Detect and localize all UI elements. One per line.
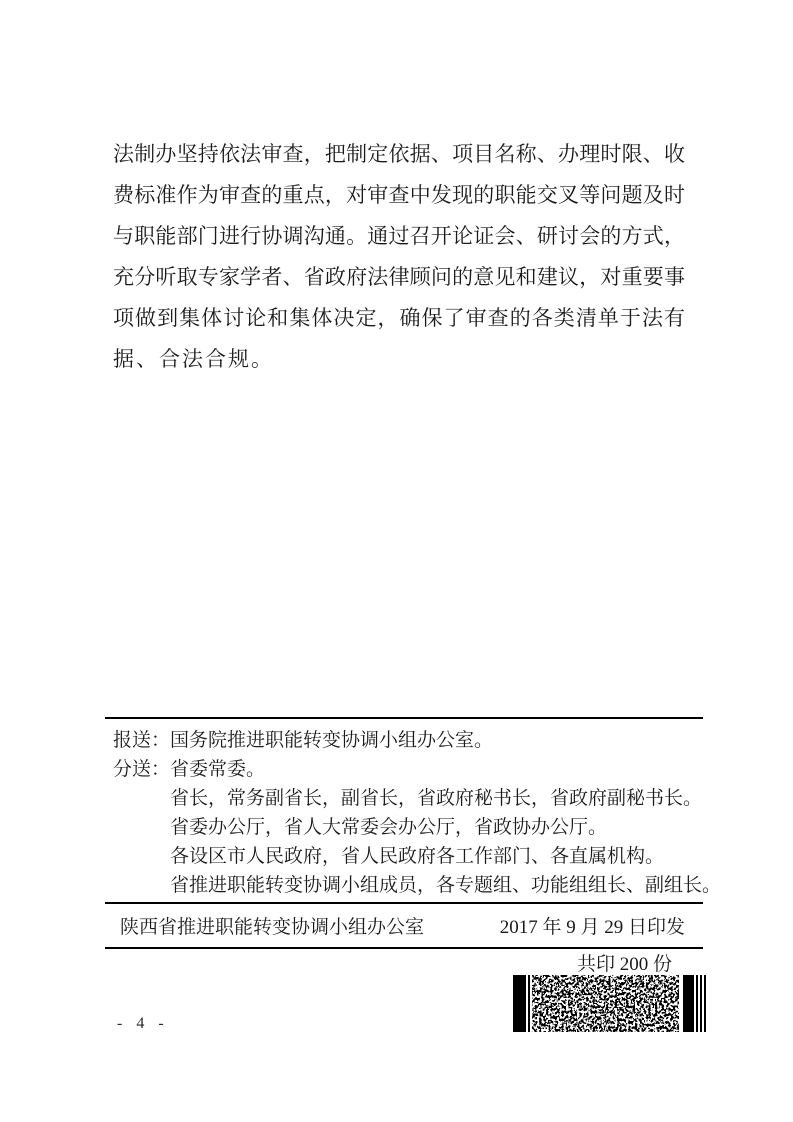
distribution-block: 报送：国务院推进职能转变协调小组办公室。 分送：省委常委。 省长，常务副省长，副… bbox=[113, 726, 698, 900]
issuing-office: 陕西省推进职能转变协调小组办公室 bbox=[120, 913, 424, 943]
dispatch-to-label: 分送： bbox=[113, 759, 170, 780]
body-line: 据、合法合规。 bbox=[113, 339, 685, 380]
barcode-icon bbox=[513, 975, 708, 1032]
dispatch-continuation-row: 省委办公厅，省人大常委会办公厅，省政协办公厅。 bbox=[113, 813, 698, 842]
report-to-label: 报送： bbox=[113, 730, 170, 751]
copies-printed: 共印 200 份 bbox=[577, 953, 672, 977]
separator-rule-bottom bbox=[105, 947, 703, 949]
dispatch-to-value: 省委常委。 bbox=[170, 759, 265, 780]
report-to-value: 国务院推进职能转变协调小组办公室。 bbox=[170, 730, 493, 751]
dispatch-continuation-row: 省推进职能转变协调小组成员，各专题组、功能组组长、副组长。 bbox=[113, 871, 698, 900]
body-line: 项做到集体讨论和集体决定，确保了审查的各类清单于法有 bbox=[113, 298, 685, 339]
report-to-row: 报送：国务院推进职能转变协调小组办公室。 bbox=[113, 726, 698, 755]
document-page: 法制办坚持依法审查，把制定依据、项目名称、办理时限、收 费标准作为审查的重点，对… bbox=[0, 0, 793, 1122]
separator-rule-top bbox=[105, 717, 703, 719]
body-line: 费标准作为审查的重点，对审查中发现的职能交叉等问题及时 bbox=[113, 175, 685, 216]
separator-rule-middle bbox=[105, 902, 703, 904]
dispatch-continuation-row: 省长，常务副省长，副省长，省政府秘书长，省政府副秘书长。 bbox=[113, 784, 698, 813]
body-paragraph: 法制办坚持依法审查，把制定依据、项目名称、办理时限、收 费标准作为审查的重点，对… bbox=[113, 134, 685, 380]
page-number: - 4 - bbox=[117, 1015, 169, 1033]
print-date: 2017 年 9 月 29 日印发 bbox=[500, 913, 685, 943]
body-line: 与职能部门进行协调沟通。通过召开论证会、研讨会的方式， bbox=[113, 216, 685, 257]
imprint-row: 陕西省推进职能转变协调小组办公室 2017 年 9 月 29 日印发 bbox=[120, 913, 685, 943]
dispatch-continuation-row: 各设区市人民政府，省人民政府各工作部门、各直属机构。 bbox=[113, 842, 698, 871]
body-line: 法制办坚持依法审查，把制定依据、项目名称、办理时限、收 bbox=[113, 134, 685, 175]
dispatch-to-row: 分送：省委常委。 bbox=[113, 755, 698, 784]
body-line: 充分听取专家学者、省政府法律顾问的意见和建议，对重要事 bbox=[113, 257, 685, 298]
